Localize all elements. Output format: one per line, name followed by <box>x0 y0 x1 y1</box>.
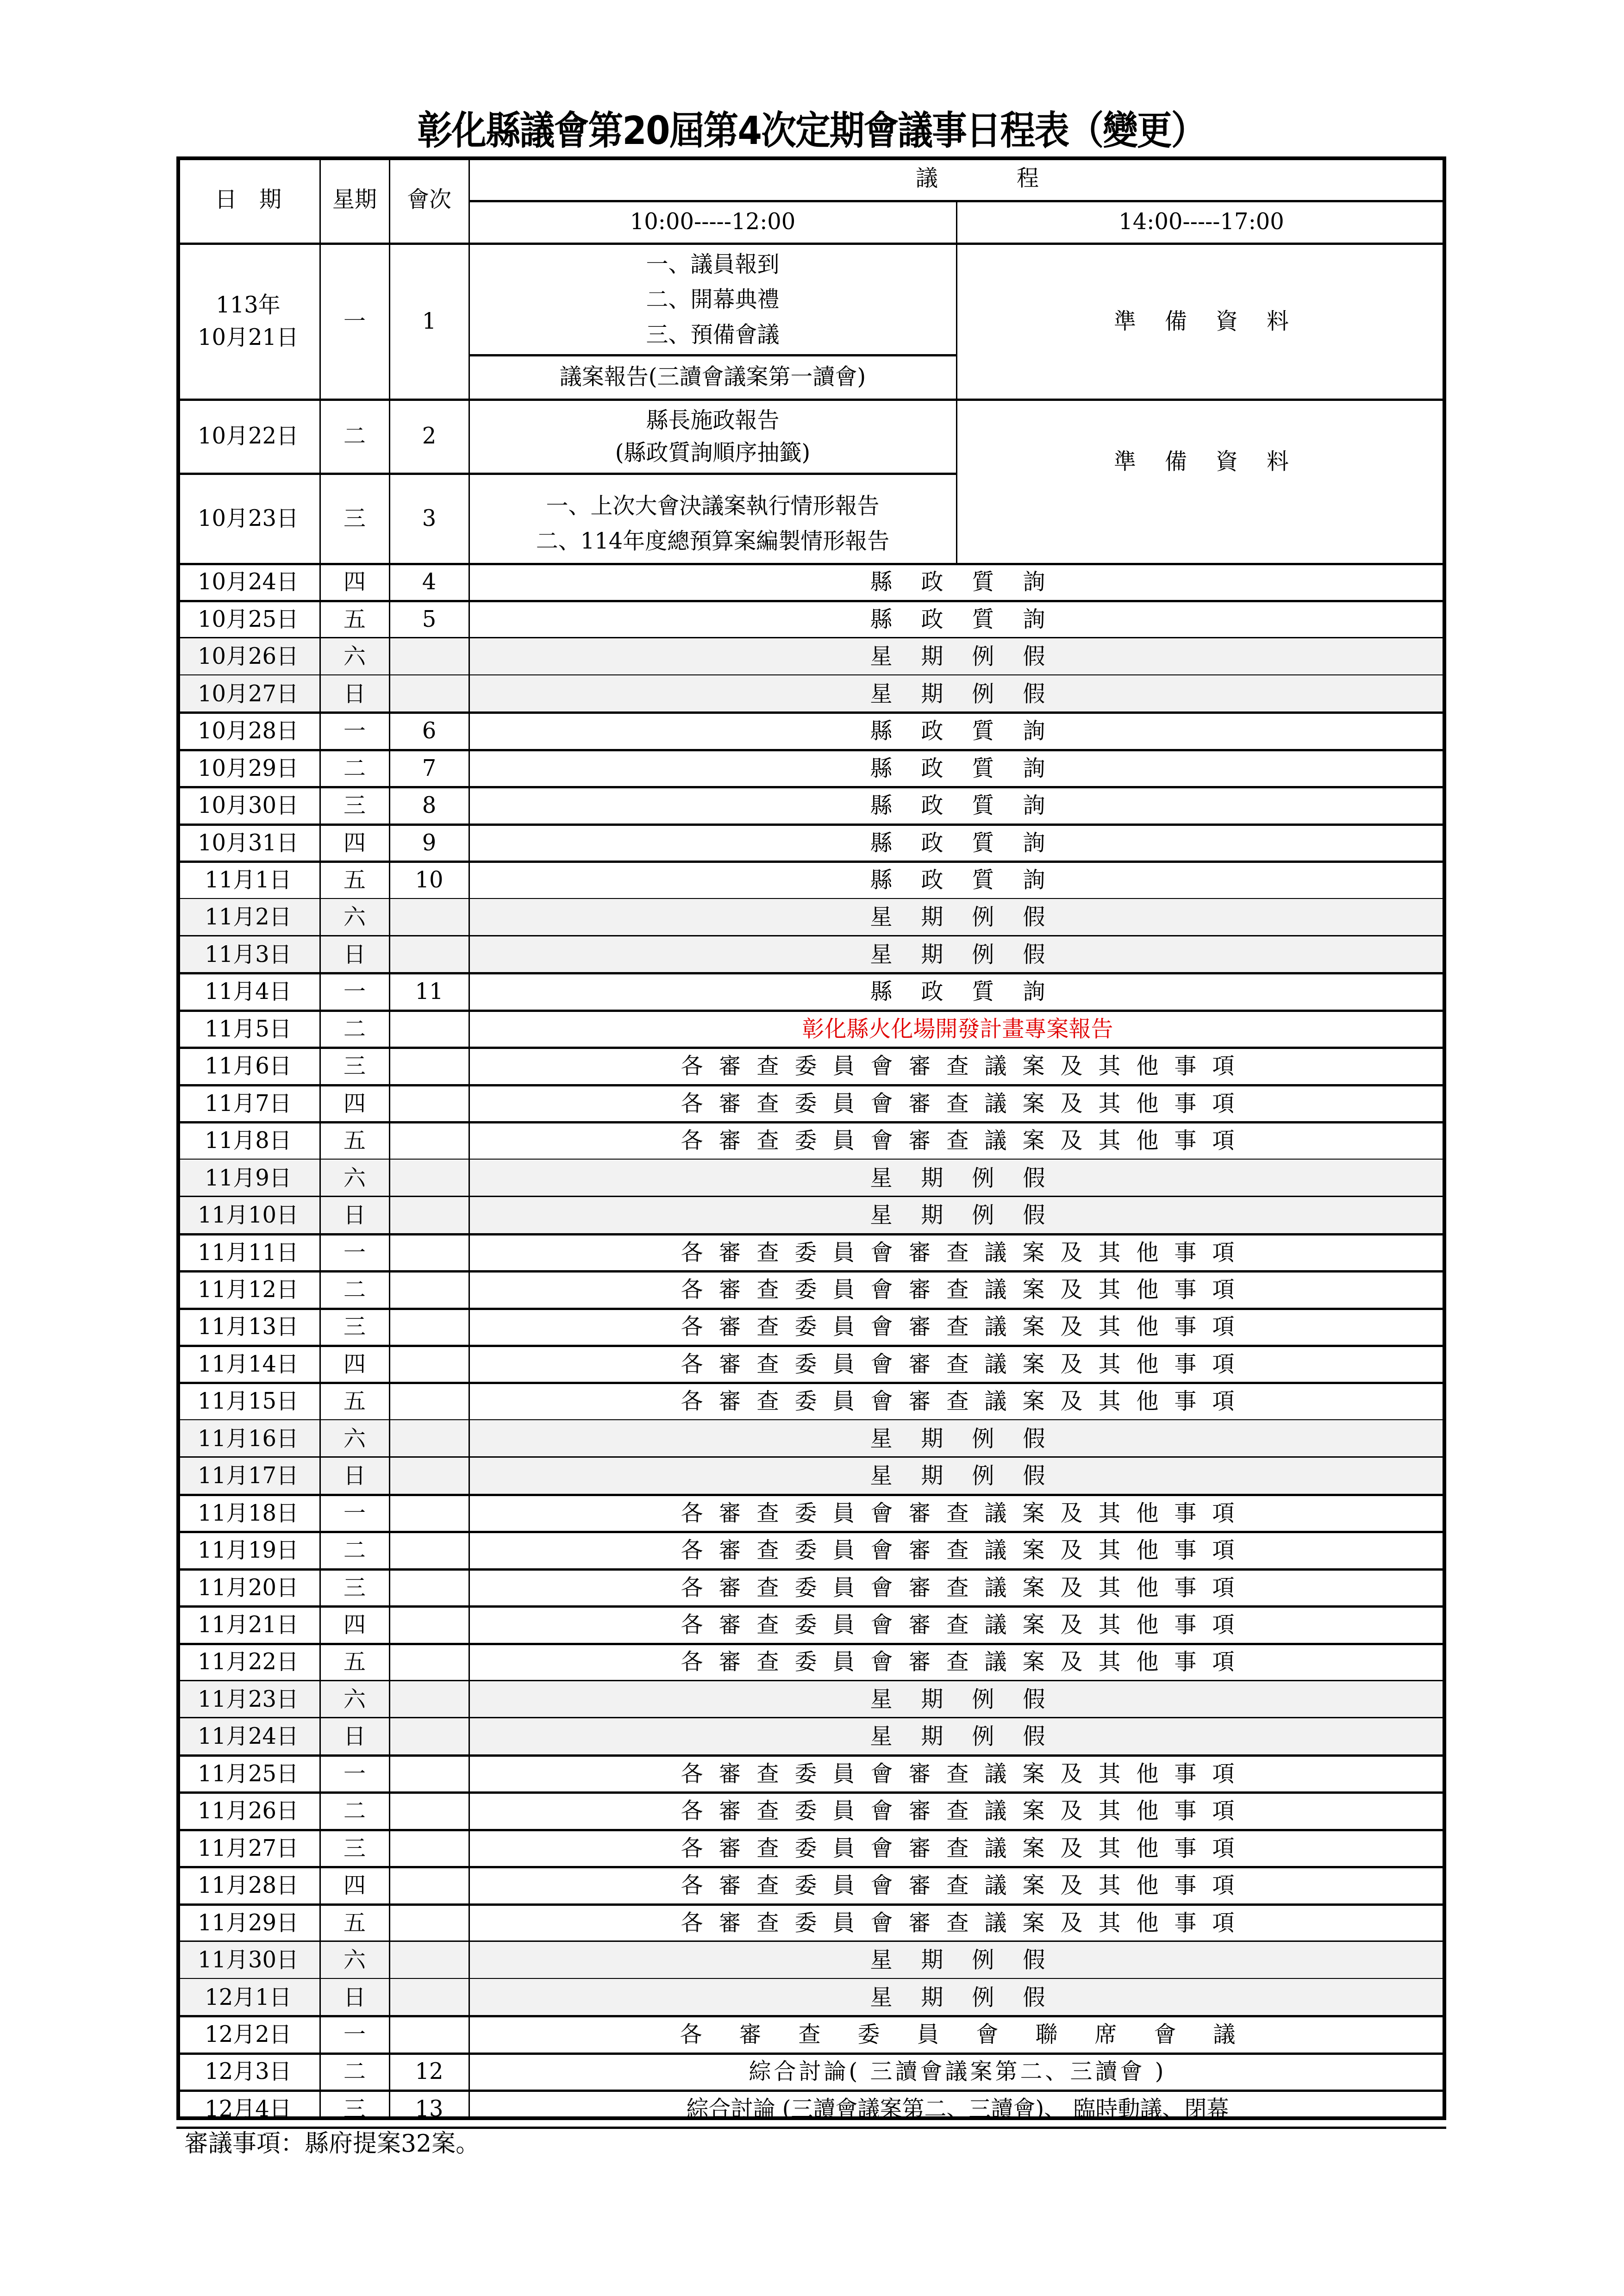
row-session <box>389 1197 469 1234</box>
row-session <box>389 1048 469 1085</box>
row-session: 5 <box>389 601 469 638</box>
row-agenda-text: 各審查委員會審查議案及其他事項 <box>681 1050 1250 1083</box>
row-agenda: 星期例假 <box>469 1420 1446 1457</box>
row-date: 10月29日 <box>176 750 320 787</box>
oct23-date: 10月23日 <box>176 474 320 564</box>
row-session <box>389 638 469 675</box>
row-agenda: 彰化縣火化場開發計畫專案報告 <box>469 1011 1446 1048</box>
oct23-session: 3 <box>389 474 469 564</box>
oct21-morning-items: 一、議員報到二、開幕典禮三、預備會議 <box>469 243 956 355</box>
row-agenda: 各審查委員會審查議案及其他事項 <box>469 1830 1446 1867</box>
row-agenda: 各審查委員會審查議案及其他事項 <box>469 1793 1446 1830</box>
row-session <box>389 1644 469 1681</box>
row-session: 8 <box>389 787 469 824</box>
row-agenda: 縣政質詢 <box>469 973 1446 1011</box>
row-agenda: 綜合討論 (三讀會議案第二、三讀會)、 臨時動議、閉幕 <box>469 2090 1446 2128</box>
row-weekday: 六 <box>320 1942 389 1979</box>
row-agenda-text: 星期例假 <box>870 939 1074 971</box>
row-agenda: 各審查委員會審查議案及其他事項 <box>469 1867 1446 1904</box>
row-weekday: 二 <box>320 1793 389 1830</box>
row-agenda-text: 星期例假 <box>870 1684 1074 1716</box>
row-session <box>389 1234 469 1271</box>
row-date: 11月2日 <box>176 899 320 936</box>
row-weekday: 四 <box>320 824 389 861</box>
row-session <box>389 1569 469 1606</box>
row-weekday: 一 <box>320 1495 389 1532</box>
row-agenda: 縣政質詢 <box>469 862 1446 899</box>
row-date: 11月10日 <box>176 1197 320 1234</box>
row-session: 12 <box>389 2053 469 2090</box>
row-session <box>389 1420 469 1457</box>
row-agenda-text: 各審查委員會審查議案及其他事項 <box>681 1907 1250 1940</box>
row-weekday: 二 <box>320 1011 389 1048</box>
oct22-session: 2 <box>389 399 469 474</box>
row-session <box>389 1383 469 1420</box>
row-weekday: 三 <box>320 1309 389 1346</box>
row-agenda: 縣政質詢 <box>469 564 1446 601</box>
agenda-item: 三、預備會議 <box>646 317 779 352</box>
row-agenda-text: 各審查委員會審查議案及其他事項 <box>681 1795 1250 1828</box>
oct22-date: 10月22日 <box>176 399 320 474</box>
row-date: 11月4日 <box>176 973 320 1011</box>
row-agenda-text: 縣政質詢 <box>870 790 1074 822</box>
row-agenda: 星期例假 <box>469 899 1446 936</box>
row-weekday: 日 <box>320 1718 389 1755</box>
row-session <box>389 1942 469 1979</box>
row-weekday: 三 <box>320 1569 389 1606</box>
oct22-23-afternoon: 準備資料 <box>956 399 1446 564</box>
row-date: 11月26日 <box>176 1793 320 1830</box>
row-weekday: 六 <box>320 899 389 936</box>
row-session: 10 <box>389 862 469 899</box>
row-weekday: 四 <box>320 564 389 601</box>
row-agenda-text: 各審查委員會審查議案及其他事項 <box>681 1572 1250 1604</box>
row-weekday: 一 <box>320 1755 389 1792</box>
row-weekday: 五 <box>320 862 389 899</box>
row-date: 10月27日 <box>176 675 320 712</box>
oct21-year: 113年 <box>216 289 281 322</box>
row-agenda: 星期例假 <box>469 936 1446 973</box>
row-agenda: 各審查委員會審查議案及其他事項 <box>469 1272 1446 1309</box>
header-afternoon: 14:00-----17:00 <box>956 201 1446 243</box>
header-agenda-left: 議 <box>469 156 956 201</box>
row-agenda-text: 各審查委員會聯席會議 <box>680 2019 1272 2051</box>
row-agenda: 各審查委員會審查議案及其他事項 <box>469 1383 1446 1420</box>
row-agenda-text: 縣政質詢 <box>870 827 1074 860</box>
row-weekday: 二 <box>320 1272 389 1309</box>
row-date: 11月13日 <box>176 1309 320 1346</box>
header-morning: 10:00-----12:00 <box>469 201 956 243</box>
oct21-day: 10月21日 <box>198 322 299 354</box>
row-weekday: 三 <box>320 2090 389 2128</box>
row-weekday: 二 <box>320 750 389 787</box>
row-date: 11月8日 <box>176 1123 320 1160</box>
row-agenda-text: 各審查委員會審查議案及其他事項 <box>681 1385 1250 1418</box>
header-session: 會次 <box>389 156 469 243</box>
row-session <box>389 1607 469 1644</box>
row-session <box>389 1793 469 1830</box>
row-agenda: 各審查委員會審查議案及其他事項 <box>469 1644 1446 1681</box>
row-agenda: 星期例假 <box>469 1718 1446 1755</box>
row-date: 11月16日 <box>176 1420 320 1457</box>
row-session: 4 <box>389 564 469 601</box>
oct21-session: 1 <box>389 243 469 399</box>
row-agenda: 星期例假 <box>469 1942 1446 1979</box>
row-date: 11月3日 <box>176 936 320 973</box>
row-session <box>389 899 469 936</box>
row-agenda-text: 星期例假 <box>870 901 1074 934</box>
row-date: 10月31日 <box>176 824 320 861</box>
row-agenda-text: 各審查委員會審查議案及其他事項 <box>681 1535 1250 1567</box>
row-agenda-text: 縣政質詢 <box>870 715 1074 748</box>
row-session: 9 <box>389 824 469 861</box>
row-date: 11月12日 <box>176 1272 320 1309</box>
row-weekday: 五 <box>320 1123 389 1160</box>
row-agenda-text: 各審查委員會審查議案及其他事項 <box>681 1497 1250 1530</box>
agenda-item: 二、開幕典禮 <box>646 282 779 317</box>
row-weekday: 一 <box>320 713 389 750</box>
page-title: 彰化縣議會第20屆第4次定期會議事日程表（變更） <box>240 107 1383 154</box>
row-date: 11月18日 <box>176 1495 320 1532</box>
row-agenda-text: 各審查委員會審查議案及其他事項 <box>681 1348 1250 1381</box>
row-date: 10月30日 <box>176 787 320 824</box>
row-weekday: 一 <box>320 1234 389 1271</box>
row-date: 11月6日 <box>176 1048 320 1085</box>
row-session <box>389 1830 469 1867</box>
row-date: 11月27日 <box>176 1830 320 1867</box>
row-date: 11月22日 <box>176 1644 320 1681</box>
row-agenda: 各審查委員會審查議案及其他事項 <box>469 1085 1446 1122</box>
oct21-afternoon-text: 準備資料 <box>1114 306 1318 338</box>
row-agenda: 星期例假 <box>469 1160 1446 1197</box>
row-agenda-text: 星期例假 <box>870 1199 1074 1232</box>
row-weekday: 六 <box>320 638 389 675</box>
row-agenda: 星期例假 <box>469 638 1446 675</box>
row-weekday: 四 <box>320 1085 389 1122</box>
row-agenda: 各審查委員會審查議案及其他事項 <box>469 1346 1446 1383</box>
row-date: 11月19日 <box>176 1532 320 1569</box>
oct21-afternoon: 準備資料 <box>956 243 1446 399</box>
row-weekday: 二 <box>320 2053 389 2090</box>
row-agenda: 縣政質詢 <box>469 824 1446 861</box>
row-agenda-text: 縣政質詢 <box>870 864 1074 897</box>
row-session <box>389 1532 469 1569</box>
row-agenda: 各審查委員會審查議案及其他事項 <box>469 1309 1446 1346</box>
row-agenda-text: 縣政質詢 <box>870 566 1074 599</box>
oct23-morning-items: 一、上次大會決議案執行情形報告二、114年度總預算案編製情形報告 <box>469 474 956 564</box>
agenda-item: 一、上次大會決議案執行情形報告 <box>546 488 879 524</box>
row-agenda: 各審查委員會審查議案及其他事項 <box>469 1495 1446 1532</box>
row-session: 11 <box>389 973 469 1011</box>
row-agenda-text: 星期例假 <box>870 641 1074 673</box>
row-agenda: 縣政質詢 <box>469 750 1446 787</box>
row-weekday: 六 <box>320 1681 389 1718</box>
row-agenda-text: 各審查委員會審查議案及其他事項 <box>681 1237 1250 1269</box>
agenda-item: 縣長施政報告 <box>646 404 779 437</box>
row-agenda: 星期例假 <box>469 1681 1446 1718</box>
row-session <box>389 1346 469 1383</box>
row-agenda: 縣政質詢 <box>469 787 1446 824</box>
row-session: 7 <box>389 750 469 787</box>
agenda-item: (縣政質詢順序抽籤) <box>615 437 810 469</box>
row-agenda: 縣政質詢 <box>469 601 1446 638</box>
oct22-weekday: 二 <box>320 399 389 474</box>
row-session <box>389 1272 469 1309</box>
row-date: 11月17日 <box>176 1458 320 1495</box>
row-date: 11月5日 <box>176 1011 320 1048</box>
row-weekday: 三 <box>320 787 389 824</box>
oct22-morning-items: 縣長施政報告(縣政質詢順序抽籤) <box>469 399 956 474</box>
row-agenda: 各審查委員會審查議案及其他事項 <box>469 1607 1446 1644</box>
row-date: 12月4日 <box>176 2090 320 2128</box>
row-agenda: 星期例假 <box>469 1458 1446 1495</box>
row-session <box>389 1681 469 1718</box>
row-session <box>389 1867 469 1904</box>
row-agenda: 各審查委員會審查議案及其他事項 <box>469 1569 1446 1606</box>
row-weekday: 六 <box>320 1160 389 1197</box>
row-agenda-text: 星期例假 <box>870 1460 1074 1492</box>
row-agenda: 各審查委員會審查議案及其他事項 <box>469 1755 1446 1792</box>
row-date: 11月29日 <box>176 1904 320 1941</box>
row-session <box>389 1309 469 1346</box>
row-date: 10月26日 <box>176 638 320 675</box>
row-agenda-text: 彰化縣火化場開發計畫專案報告 <box>802 1013 1113 1046</box>
row-agenda: 各審查委員會聯席會議 <box>469 2016 1446 2053</box>
row-agenda-text: 星期例假 <box>870 1944 1074 1977</box>
row-session <box>389 1160 469 1197</box>
row-agenda-text: 各審查委員會審查議案及其他事項 <box>681 1870 1250 1902</box>
row-date: 11月21日 <box>176 1607 320 1644</box>
row-date: 11月23日 <box>176 1681 320 1718</box>
row-date: 11月11日 <box>176 1234 320 1271</box>
row-weekday: 四 <box>320 1607 389 1644</box>
row-session <box>389 1123 469 1160</box>
row-date: 12月1日 <box>176 1979 320 2016</box>
row-date: 11月9日 <box>176 1160 320 1197</box>
row-weekday: 三 <box>320 1048 389 1085</box>
oct21-morning-second: 議案報告(三讀會議案第一讀會) <box>469 355 956 399</box>
footer-note: 審議事項：縣府提案32案。 <box>184 2128 480 2160</box>
row-date: 11月30日 <box>176 1942 320 1979</box>
row-date: 11月1日 <box>176 862 320 899</box>
row-agenda-text: 星期例假 <box>870 1982 1074 2014</box>
header-weekday: 星期 <box>320 156 389 243</box>
row-weekday: 六 <box>320 1420 389 1457</box>
row-agenda-text: 各審查委員會審查議案及其他事項 <box>681 1758 1250 1791</box>
row-agenda: 各審查委員會審查議案及其他事項 <box>469 1532 1446 1569</box>
row-session <box>389 1495 469 1532</box>
row-date: 10月28日 <box>176 713 320 750</box>
row-weekday: 四 <box>320 1346 389 1383</box>
row-agenda: 星期例假 <box>469 675 1446 712</box>
oct22-23-afternoon-text: 準備資料 <box>1114 446 1318 478</box>
schedule-table: 日 期 星期 會次 議 程 10:00-----12:00 14:00-----… <box>176 156 1446 2120</box>
oct21-date: 113年 10月21日 <box>176 243 320 399</box>
header-date: 日 期 <box>176 156 320 243</box>
row-agenda-text: 各審查委員會審查議案及其他事項 <box>681 1274 1250 1306</box>
row-agenda: 各審查委員會審查議案及其他事項 <box>469 1123 1446 1160</box>
row-agenda-text: 星期例假 <box>870 1162 1074 1195</box>
row-agenda-text: 綜合討論 (三讀會議案第二、三讀會)、 臨時動議、閉幕 <box>687 2093 1229 2126</box>
row-agenda: 各審查委員會審查議案及其他事項 <box>469 1048 1446 1085</box>
row-date: 10月24日 <box>176 564 320 601</box>
row-session: 13 <box>389 2090 469 2128</box>
row-agenda-text: 星期例假 <box>870 1423 1074 1455</box>
row-date: 11月24日 <box>176 1718 320 1755</box>
row-session <box>389 2016 469 2053</box>
row-date: 11月20日 <box>176 1569 320 1606</box>
row-date: 11月28日 <box>176 1867 320 1904</box>
row-agenda: 縣政質詢 <box>469 713 1446 750</box>
row-agenda-text: 各審查委員會審查議案及其他事項 <box>681 1125 1250 1157</box>
row-agenda-text: 各審查委員會審查議案及其他事項 <box>681 1088 1250 1120</box>
row-weekday: 日 <box>320 1197 389 1234</box>
row-date: 11月7日 <box>176 1085 320 1122</box>
row-session <box>389 1904 469 1941</box>
row-agenda-text: 各審查委員會審查議案及其他事項 <box>681 1833 1250 1865</box>
row-agenda-text: 綜合討論( 三讀會議案第二、三讀會 ) <box>749 2056 1167 2088</box>
row-date: 12月2日 <box>176 2016 320 2053</box>
row-weekday: 四 <box>320 1867 389 1904</box>
row-session <box>389 675 469 712</box>
row-agenda: 各審查委員會審查議案及其他事項 <box>469 1234 1446 1271</box>
agenda-item: 一、議員報到 <box>646 247 779 282</box>
row-session <box>389 1011 469 1048</box>
row-agenda-text: 縣政質詢 <box>870 604 1074 636</box>
oct21-weekday: 一 <box>320 243 389 399</box>
row-agenda-text: 各審查委員會審查議案及其他事項 <box>681 1646 1250 1678</box>
row-weekday: 五 <box>320 1383 389 1420</box>
row-session <box>389 1755 469 1792</box>
row-weekday: 一 <box>320 2016 389 2053</box>
agenda-item: 二、114年度總預算案編製情形報告 <box>536 524 890 559</box>
row-agenda: 星期例假 <box>469 1979 1446 2016</box>
row-agenda: 綜合討論( 三讀會議案第二、三讀會 ) <box>469 2053 1446 2090</box>
row-date: 11月14日 <box>176 1346 320 1383</box>
row-weekday: 日 <box>320 675 389 712</box>
row-session <box>389 936 469 973</box>
row-weekday: 三 <box>320 1830 389 1867</box>
row-date: 11月25日 <box>176 1755 320 1792</box>
row-weekday: 日 <box>320 1458 389 1495</box>
row-session <box>389 1979 469 2016</box>
row-weekday: 五 <box>320 1904 389 1941</box>
row-date: 12月3日 <box>176 2053 320 2090</box>
row-weekday: 二 <box>320 1532 389 1569</box>
row-weekday: 日 <box>320 1979 389 2016</box>
row-weekday: 五 <box>320 601 389 638</box>
row-date: 10月25日 <box>176 601 320 638</box>
row-weekday: 日 <box>320 936 389 973</box>
row-weekday: 一 <box>320 973 389 1011</box>
row-agenda-text: 縣政質詢 <box>870 976 1074 1008</box>
row-date: 11月15日 <box>176 1383 320 1420</box>
row-agenda-text: 各審查委員會審查議案及其他事項 <box>681 1609 1250 1641</box>
row-weekday: 五 <box>320 1644 389 1681</box>
row-session: 6 <box>389 713 469 750</box>
row-agenda-text: 星期例假 <box>870 678 1074 711</box>
row-session <box>389 1718 469 1755</box>
row-session <box>389 1085 469 1122</box>
row-agenda-text: 星期例假 <box>870 1721 1074 1753</box>
row-session <box>389 1458 469 1495</box>
row-agenda: 星期例假 <box>469 1197 1446 1234</box>
header-agenda-right: 程 <box>956 156 1446 201</box>
oct23-weekday: 三 <box>320 474 389 564</box>
row-agenda: 各審查委員會審查議案及其他事項 <box>469 1904 1446 1941</box>
row-agenda-text: 縣政質詢 <box>870 753 1074 785</box>
row-agenda-text: 各審查委員會審查議案及其他事項 <box>681 1311 1250 1343</box>
